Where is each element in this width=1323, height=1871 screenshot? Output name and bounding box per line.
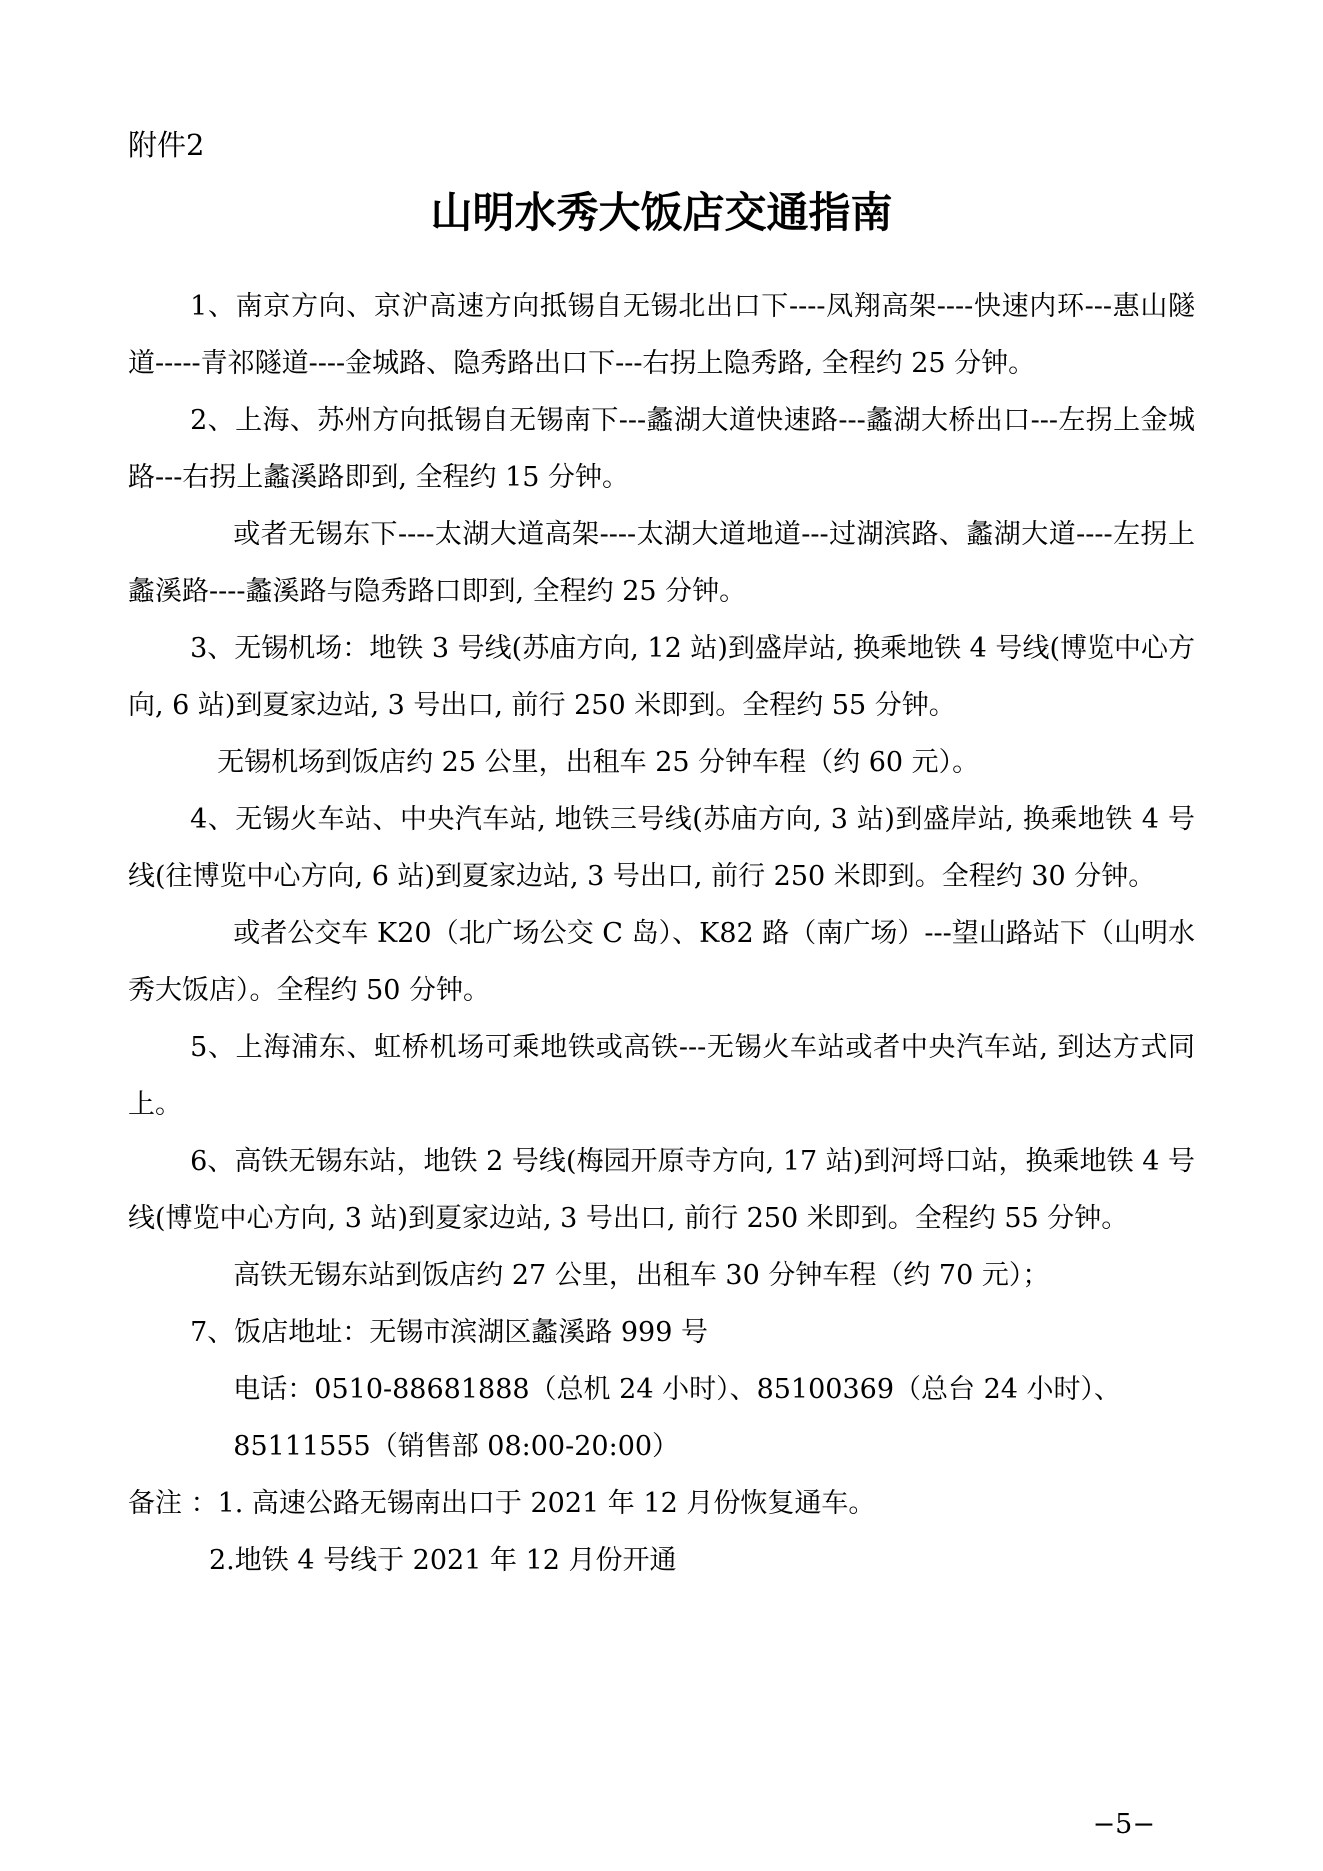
paragraph-route-2-alt: 或者无锡东下----太湖大道高架----太湖大道地道---过湖滨路、蠡湖大道--… [128, 506, 1195, 620]
paragraph-phone-sales: 85111555（销售部 08:00-20:00） [128, 1418, 1195, 1475]
paragraph-route-5-shanghai: 5、上海浦东、虹桥机场可乘地铁或高铁---无锡火车站或者中央汽车站, 到达方式同… [128, 1019, 1195, 1133]
paragraph-route-3-airport: 3、无锡机场：地铁 3 号线(苏庙方向, 12 站)到盛岸站, 换乘地铁 4 号… [128, 620, 1195, 734]
document-content: 附件2 山明水秀大饭店交通指南 1、南京方向、京沪高速方向抵锡自无锡北出口下--… [128, 128, 1195, 1589]
paragraph-note-1: 备注 ：1. 高速公路无锡南出口于 2021 年 12 月份恢复通车。 [128, 1475, 1195, 1532]
paragraph-phone: 电话：0510-88681888（总机 24 小时）、85100369（总台 2… [128, 1361, 1195, 1418]
paragraph-route-6-east: 6、高铁无锡东站，地铁 2 号线(梅园开原寺方向, 17 站)到河埒口站，换乘地… [128, 1133, 1195, 1247]
page-number: −5− [1093, 1809, 1155, 1841]
paragraph-route-1: 1、南京方向、京沪高速方向抵锡自无锡北出口下----凤翔高架----快速内环--… [128, 278, 1195, 392]
paragraph-note-2: 2.地铁 4 号线于 2021 年 12 月份开通 [128, 1532, 1195, 1589]
page-title: 山明水秀大饭店交通指南 [128, 188, 1195, 238]
document-page: 附件2 山明水秀大饭店交通指南 1、南京方向、京沪高速方向抵锡自无锡北出口下--… [0, 0, 1323, 1871]
paragraph-7-address: 7、饭店地址：无锡市滨湖区蠡溪路 999 号 [128, 1304, 1195, 1361]
paragraph-bus-alt: 或者公交车 K20（北广场公交 C 岛）、K82 路（南广场）---望山路站下（… [128, 905, 1195, 1019]
attachment-label: 附件2 [128, 128, 1195, 162]
document-body: 1、南京方向、京沪高速方向抵锡自无锡北出口下----凤翔高架----快速内环--… [128, 278, 1195, 1589]
paragraph-route-4-station: 4、无锡火车站、中央汽车站, 地铁三号线(苏庙方向, 3 站)到盛岸站, 换乘地… [128, 791, 1195, 905]
paragraph-east-taxi: 高铁无锡东站到饭店约 27 公里，出租车 30 分钟车程（约 70 元）； [128, 1247, 1195, 1304]
paragraph-airport-taxi: 无锡机场到饭店约 25 公里，出租车 25 分钟车程（约 60 元）。 [128, 734, 1195, 791]
paragraph-route-2: 2、上海、苏州方向抵锡自无锡南下---蠡湖大道快速路---蠡湖大桥出口---左拐… [128, 392, 1195, 506]
